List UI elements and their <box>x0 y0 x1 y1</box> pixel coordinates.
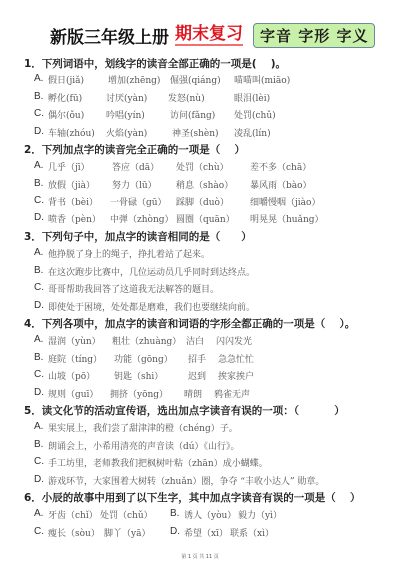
option-letter: C. <box>34 282 44 293</box>
option-item: 哥哥帮助我回答了这道我无法解答的题目。 <box>48 282 219 295</box>
option-letter: D. <box>34 300 44 311</box>
option-item: 暴风雨（bào） <box>250 178 312 191</box>
option-item: 毅力（yì） <box>238 508 282 521</box>
option-item: 讨厌(yàn) <box>106 91 147 104</box>
option-item: 喵喵叫(miāo) <box>234 73 290 86</box>
option-letter: D. <box>34 387 44 398</box>
option-item: 鸦雀无声 <box>214 387 250 400</box>
option-letter: A. <box>34 247 43 258</box>
option-item: 山坡（pō） <box>48 369 95 382</box>
option-letter: C. <box>34 195 44 206</box>
option-item: 即使处于困境，处处都是磨难，我们也要继续向前。 <box>48 300 255 313</box>
option-item: 车轴(zhóu) <box>48 126 95 139</box>
option-item: 处罚（chǔ） <box>100 508 153 521</box>
option-item: 增加(zhēng) <box>108 73 160 86</box>
question-1: 1．下列词语中，划线字的读音全部正确的一项是( )。 <box>24 56 286 71</box>
option-item: 联系（xì） <box>230 526 274 539</box>
option-item: 果实展上，我们尝了甜津津的橙（chéng）子。 <box>48 421 238 434</box>
title-highlight: 期末复习 <box>175 24 243 46</box>
option-item: 差不多（chā） <box>250 160 311 173</box>
option-item: 闪闪发光 <box>216 334 252 347</box>
option-letter: B. <box>170 508 179 519</box>
question-2: 2．下列加点字的读音完全正确的一项是（ ） <box>24 142 245 157</box>
option-item: 孵化(fū) <box>48 91 82 104</box>
option-item: 眼泪(lèi) <box>234 91 270 104</box>
option-item: 几乎（jī） <box>48 160 90 173</box>
option-item: 处罚（chù） <box>176 160 229 173</box>
option-item: 湿润（yùn） <box>48 334 101 347</box>
option-item: 牙齿（chǐ） <box>48 508 98 521</box>
option-letter: D. <box>170 526 180 537</box>
option-item: 处罚(chǔ) <box>234 108 276 121</box>
option-letter: D. <box>34 474 44 485</box>
option-item: 答应（dā） <box>112 160 159 173</box>
option-item: 急急忙忙 <box>218 352 254 365</box>
option-item: 庭院（tíng） <box>48 352 102 365</box>
option-letter: D. <box>34 212 44 223</box>
option-item: 一骨碌（gū） <box>110 195 167 208</box>
option-item: 假日(jiǎ) <box>48 73 84 86</box>
option-letter: D. <box>34 126 44 137</box>
question-4: 4．下列各项中，加点字的读音和词语的字形全都正确的一项是（ ）。 <box>24 316 355 331</box>
option-item: 朗诵会上，小希用清亮的声音读（dú）《山行》。 <box>48 439 240 452</box>
option-item: 吟唱(yín) <box>106 108 145 121</box>
option-letter: A. <box>34 508 43 519</box>
option-letter: A. <box>34 160 43 171</box>
option-item: 努力（lū） <box>112 178 157 191</box>
option-item: 游戏环节，大家围着大树转（zhuǎn）圈，争夺 “丰收小达人” 勋章。 <box>48 474 324 487</box>
option-item: 挨家挨户 <box>218 369 254 382</box>
option-item: 稍息（shào） <box>176 178 233 191</box>
option-item: 圆圈（quān） <box>176 212 235 225</box>
option-item: 踩脚（duò） <box>176 195 229 208</box>
option-item: 火焰(yàn) <box>106 126 147 139</box>
option-letter: A. <box>34 73 43 84</box>
option-item: 招手 <box>188 352 206 365</box>
question-5: 5．读文化节的活动宣传语，选出加点字读音有误的一项：（ ） <box>24 403 345 418</box>
option-item: 访问(fǎng) <box>170 108 215 121</box>
option-letter: B. <box>34 352 43 363</box>
option-item: 明晃晃（huǎng） <box>250 212 324 225</box>
option-item: 倔强(qiáng) <box>170 73 221 86</box>
option-item: 神圣(shèn) <box>172 126 219 139</box>
question-6: 6．小辰的故事中用到了以下生字，其中加点字读音有误的一项是（ ） <box>24 490 360 505</box>
option-item: 功能（gōng） <box>114 352 173 365</box>
option-letter: B. <box>34 439 43 450</box>
option-letter: C. <box>34 456 44 467</box>
option-item: 中弹（zhòng） <box>110 212 174 225</box>
option-item: 希望（xī） <box>184 526 228 539</box>
option-item: 规则（guī） <box>48 387 98 400</box>
option-letter: B. <box>34 265 43 276</box>
option-letter: C. <box>34 526 44 537</box>
option-letter: B. <box>34 178 43 189</box>
option-item: 偶尔(ǒu) <box>48 108 84 121</box>
option-letter: C. <box>34 369 44 380</box>
option-item: 洁白 <box>186 334 204 347</box>
option-item: 晴朗 <box>184 387 202 400</box>
option-item: 在这次跑步比赛中，几位运动员几乎同时到达终点。 <box>48 265 255 278</box>
option-item: 脚丫（yā） <box>104 526 150 539</box>
option-letter: A. <box>34 421 43 432</box>
option-letter: C. <box>34 108 44 119</box>
option-item: 放假（jià） <box>48 178 95 191</box>
option-item: 喷香（pèn） <box>48 212 101 225</box>
option-item: 手工坊里，老师教我们把枫树叶粘（zhān）成小蝴蝶。 <box>48 456 268 469</box>
option-item: 发怒(nù) <box>168 91 205 104</box>
page-header: 新版三年级上册 期末复习 字音 字形 字义 <box>50 22 375 48</box>
option-item: 凌乱(lín) <box>234 126 271 139</box>
topic-badge: 字音 字形 字义 <box>253 23 375 48</box>
option-item: 细嚼慢咽（jiào） <box>250 195 320 208</box>
option-item: 背书（bèi） <box>48 195 98 208</box>
option-item: 迟到 <box>188 369 206 382</box>
option-item: 粗壮（zhuàng） <box>112 334 181 347</box>
option-item: 诱人（yòu） <box>184 508 236 521</box>
option-letter: B. <box>34 91 43 102</box>
question-3: 3．下列句子中，加点字的读音相同的是（ ） <box>24 229 252 244</box>
page-number: 第 1 页 共 11 页 <box>0 553 400 560</box>
option-item: 钥匙（shi） <box>114 369 163 382</box>
option-item: 瘦长（sòu） <box>48 526 100 539</box>
option-item: 他挣脱了身上的绳子，挣扎着站了起来。 <box>48 247 210 260</box>
option-item: 拥挤（yōng） <box>110 387 168 400</box>
title-main: 新版三年级上册 <box>50 23 169 48</box>
option-letter: A. <box>34 334 43 345</box>
